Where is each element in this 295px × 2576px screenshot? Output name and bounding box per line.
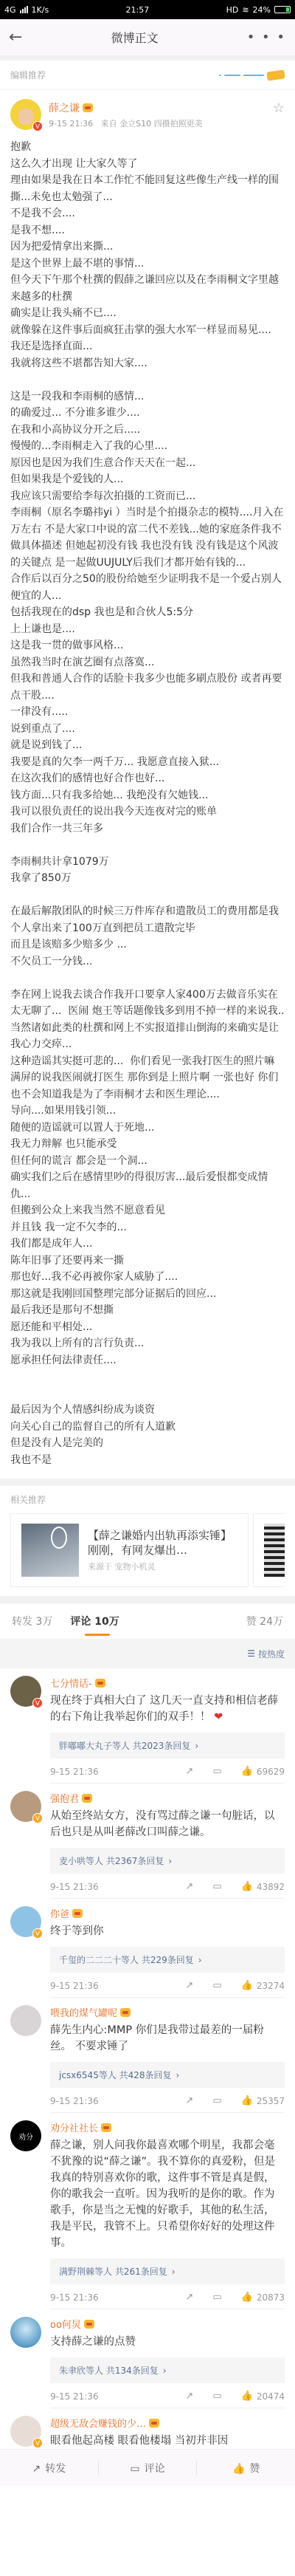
comment-icon: ▭ [130,2463,139,2475]
battery-icon [274,6,291,13]
repost-button[interactable]: ↗ [185,1766,193,1777]
like-button[interactable]: 👍43892 [241,1881,285,1892]
repost-label: 转发 [45,2463,66,2475]
nav-bar: ← 微博正文 • • • [0,19,295,56]
chevron-right-icon: › [195,1741,198,1751]
comment-text: 终于等到你 [50,1925,104,1937]
like-count: 69629 [257,1767,285,1777]
page-title: 微博正文 [111,29,159,46]
wifi-icon: ≋ [242,5,249,15]
back-arrow-icon[interactable]: ← [9,28,22,47]
view-replies-link[interactable]: 朱聿欣等人 共134条回复› [50,2357,285,2383]
comment-item: V 你爸 终于等到你 千玺的二二二十等人 共229条回复› 9-15 21:36… [0,1899,295,1998]
related-label: 相关推荐 [10,1493,285,1506]
avatar[interactable]: V [10,2416,41,2447]
bottom-action-bar: ↗转发 ▭评论 👍赞 [0,2449,295,2486]
post: V 薛之谦 9-15 21:36 来自 金立S10 四摄拍照更美 ☆ 抱歉 这么… [0,90,295,1479]
commenter-name[interactable]: oo何炅 [50,2317,81,2331]
reply-button[interactable]: ▭ [212,1766,221,1777]
comment-item: 劝分 劝分社社长 薛之谦，别人问我你最喜欢哪个明星，我都会毫不犹豫的说“薛之谦”… [0,2113,295,2309]
status-bar: 4G 1K/s 21:57 HD ≋ 24% [0,0,295,19]
more-dots-icon[interactable]: • • • [247,30,286,45]
verified-badge-icon: V [32,1813,43,1823]
thumbs-up-icon: 👍 [241,1881,253,1892]
comment-text: 薛之谦，别人问我你最喜欢哪个明星，我都会毫不犹豫的说“薛之谦”。我不算你的真爱粉… [50,2140,275,2249]
avatar[interactable] [10,2317,41,2348]
related-source: 来源于 宠物小机灵 [88,1561,237,1572]
editor-pick-label: 编辑推荐 [10,69,46,81]
like-count: 43892 [257,1882,285,1892]
view-replies-link[interactable]: 胖嘟嘟大丸子等人 共2023条回复› [50,1733,285,1758]
replies-summary: 胖嘟嘟大丸子等人 共2023条回复 [59,1741,190,1751]
vip-crown-icon [84,2320,94,2329]
vip-crown-icon [95,1679,105,1688]
comment-time: 9-15 21:36 [50,2391,166,2402]
avatar[interactable] [10,2005,41,2036]
comment-text: 现在终于真相大白了 这几天一直支持和相信老薛的右下角让我举起你们的双手！！ [50,1695,278,1723]
author-name[interactable]: 薛之谦 [49,100,80,115]
replies-summary: jcsx6545等人 共428条回复 [59,2070,172,2080]
heart-emoji-icon: ❤ [214,1711,223,1723]
comment-icon: ▭ [212,2095,221,2106]
comment-list: V 七分情话- 现在终于真相大白了 这几天一直支持和相信老薛的右下角让我举起你们… [0,1668,295,2449]
like-count: 20873 [257,2292,285,2303]
related-thumbnail [264,1524,285,1577]
repost-icon: ↗ [32,2463,41,2475]
like-button[interactable]: 👍赞 [197,2461,295,2476]
repost-button[interactable]: ↗ [185,2391,193,2402]
commenter-name[interactable]: 超级无敌会赚钱的少… [50,2416,146,2430]
battery-percent: 24% [253,5,271,15]
comment-icon: ▭ [212,1980,221,1991]
commenter-name[interactable]: 劝分社社长 [50,2120,98,2134]
repost-icon: ↗ [185,1766,193,1777]
view-replies-link[interactable]: 麦小哄等人 共2367条回复› [50,1848,285,1874]
soap-decoration-icon [219,71,285,80]
like-button[interactable]: 👍20873 [241,2292,285,2303]
hd-indicator: HD [226,5,239,15]
repost-icon: ↗ [185,2292,193,2303]
thumbs-up-icon: 👍 [241,2292,253,2303]
related-thumbnail [21,1524,79,1577]
verified-badge-icon: V [32,121,43,131]
tab-likes[interactable]: 赞 24万 [246,1614,283,1628]
view-replies-link[interactable]: 满野荆棘等人 共261条回复› [50,2258,285,2284]
repost-icon: ↗ [185,2095,193,2106]
comment-time: 9-15 21:36 [50,2292,166,2303]
like-count: 23274 [257,1981,285,1991]
repost-icon: ↗ [185,1881,193,1892]
comment-icon: ▭ [212,1881,221,1892]
like-label: 赞 [249,2463,260,2475]
avatar[interactable]: V [10,1906,41,1937]
repost-button[interactable]: ↗ [185,1980,193,1991]
reply-button[interactable]: ▭ [212,1980,221,1991]
repost-button[interactable]: ↗ [185,2292,193,2303]
vip-crown-icon [82,1794,92,1803]
reply-button[interactable]: ▭ [212,1881,221,1892]
vip-crown-icon [72,1909,83,1918]
comment-item: V 强抱君 从始至终站女方，没有骂过薛之谦一句脏话，以后也只是从叫老薛改口叫薛之… [0,1784,295,1899]
comment-button[interactable]: ▭评论 [99,2461,198,2476]
repost-icon: ↗ [185,1980,193,1991]
thumbs-up-icon: 👍 [241,2095,253,2106]
replies-summary: 朱聿欣等人 共134条回复 [59,2366,159,2376]
tab-comments[interactable]: 评论 10万 [70,1614,119,1628]
view-replies-link[interactable]: 千玺的二二二十等人 共229条回复› [50,1947,285,1973]
network-speed: 1K/s [32,5,49,15]
replies-summary: 满野荆棘等人 共261条回复 [59,2267,167,2277]
tab-repost[interactable]: 转发 3万 [12,1614,52,1628]
repost-button[interactable]: ↗ [185,2095,193,2106]
vip-crown-icon [83,103,93,112]
chevron-right-icon: › [172,2267,176,2277]
thumbs-up-icon: 👍 [241,1980,253,1991]
like-button[interactable]: 👍69629 [241,1766,285,1777]
sort-toggle[interactable]: ☰ 按热度 [0,1639,295,1668]
vip-crown-icon [149,2419,159,2428]
comment-icon: ▭ [212,2391,221,2402]
verified-badge-icon: V [32,1698,43,1708]
verified-badge-icon: V [32,2438,43,2448]
editor-pick-row: 编辑推荐 [0,61,295,90]
replies-summary: 千玺的二二二十等人 共229条回复 [59,1955,194,1965]
comment-item: oo何炅 支持薛之谦的点赞 朱聿欣等人 共134条回复› 9-15 21:36 … [0,2309,295,2408]
repost-icon: ↗ [185,2391,193,2402]
vip-crown-icon [101,2123,111,2132]
comment-text: 眼看他起高楼 眼看他楼塌 当初并非因 [50,2435,228,2447]
post-time: 9-15 21:36 [49,119,93,129]
verified-badge-icon: V [32,1928,43,1939]
favorite-star-icon[interactable]: ☆ [273,100,285,116]
thumbs-up-icon: 👍 [241,2391,253,2402]
chevron-right-icon: › [176,2070,180,2080]
comment-time: 9-15 21:36 [50,2096,166,2106]
like-count: 20474 [257,2391,285,2402]
vip-crown-icon [120,2008,131,2017]
like-button[interactable]: 👍25357 [241,2095,285,2106]
repost-button[interactable]: ↗ [185,1881,193,1892]
avatar[interactable]: 劝分 [10,2120,41,2151]
divider [0,1479,295,1486]
repost-button[interactable]: ↗转发 [0,2461,99,2476]
view-replies-link[interactable]: jcsx6545等人 共428条回复› [50,2062,285,2088]
related-card[interactable] [253,1513,285,1587]
comment-icon: ▭ [212,1766,221,1777]
post-body: 抱歉 这么久才出现 让大家久等了 理由如果是我在日本工作忙不能回复这些像生产线一… [10,139,285,1468]
chevron-right-icon: › [198,1955,202,1965]
comment-text: 支持薛之谦的点赞 [50,2336,136,2348]
clock: 21:57 [126,5,150,15]
sort-label: 按热度 [258,1648,285,1660]
comment-time: 9-15 21:36 [50,1767,166,1777]
replies-summary: 麦小哄等人 共2367条回复 [59,1856,164,1866]
thumbs-up-icon: 👍 [232,2463,245,2475]
post-author: V 薛之谦 9-15 21:36 来自 金立S10 四摄拍照更美 ☆ [10,99,285,130]
commenter-name[interactable]: 七分情话- [50,1676,92,1690]
comment-text: 薛先生内心:MMP 你们是我带过最差的一届粉丝。 不要求锤了 [50,2024,264,2052]
interaction-tabs: 转发 3万 评论 10万 赞 24万 [0,1603,295,1639]
comment-item: V 七分情话- 现在终于真相大白了 这几天一直支持和相信老薛的右下角让我举起你们… [0,1668,295,1784]
network-type: 4G [4,5,16,15]
chevron-right-icon: › [163,2366,167,2376]
avatar[interactable]: V [10,99,41,130]
avatar[interactable]: V [10,1676,41,1707]
comment-label: 评论 [145,2463,165,2475]
related-title: 【薛之谦婚内出轨再添实锤】刚刚，有网友爆出… [88,1528,237,1558]
commenter-name[interactable]: 你爸 [50,1906,69,1920]
comment-item: 喂我的煤气罐呢 薛先生内心:MMP 你们是我带过最差的一届粉丝。 不要求锤了 j… [0,1998,295,2113]
comment-time: 9-15 21:36 [50,1882,166,1892]
thumbs-up-icon: 👍 [241,1766,253,1777]
comment-item: V 超级无敌会赚钱的少… 眼看他起高楼 眼看他楼塌 当初并非因 [0,2408,295,2449]
related-recommendations: 相关推荐 【薛之谦婚内出轨再添实锤】刚刚，有网友爆出… 来源于 宠物小机灵 [0,1486,295,1596]
sort-icon: ☰ [247,1648,255,1659]
comment-time: 9-15 21:36 [50,1981,166,1991]
reply-button[interactable]: ▭ [212,2095,221,2106]
commenter-name[interactable]: 强抱君 [50,1791,79,1805]
like-count: 25357 [257,2096,285,2106]
reply-button[interactable]: ▭ [212,2391,221,2402]
reply-button[interactable]: ▭ [212,2292,221,2303]
post-source: 来自 金立S10 四摄拍照更美 [101,119,203,129]
like-button[interactable]: 👍23274 [241,1980,285,1991]
comment-icon: ▭ [212,2292,221,2303]
signal-icon [20,6,28,13]
avatar[interactable]: V [10,1791,41,1822]
chevron-right-icon: › [168,1856,172,1866]
divider [0,1596,295,1603]
commenter-name[interactable]: 喂我的煤气罐呢 [50,2005,117,2019]
like-button[interactable]: 👍20474 [241,2391,285,2402]
related-card[interactable]: 【薛之谦婚内出轨再添实锤】刚刚，有网友爆出… 来源于 宠物小机灵 [10,1513,249,1587]
comment-text: 从始至终站女方，没有骂过薛之谦一句脏话，以后也只是从叫老薛改口叫薛之谦。 [50,1810,275,1838]
